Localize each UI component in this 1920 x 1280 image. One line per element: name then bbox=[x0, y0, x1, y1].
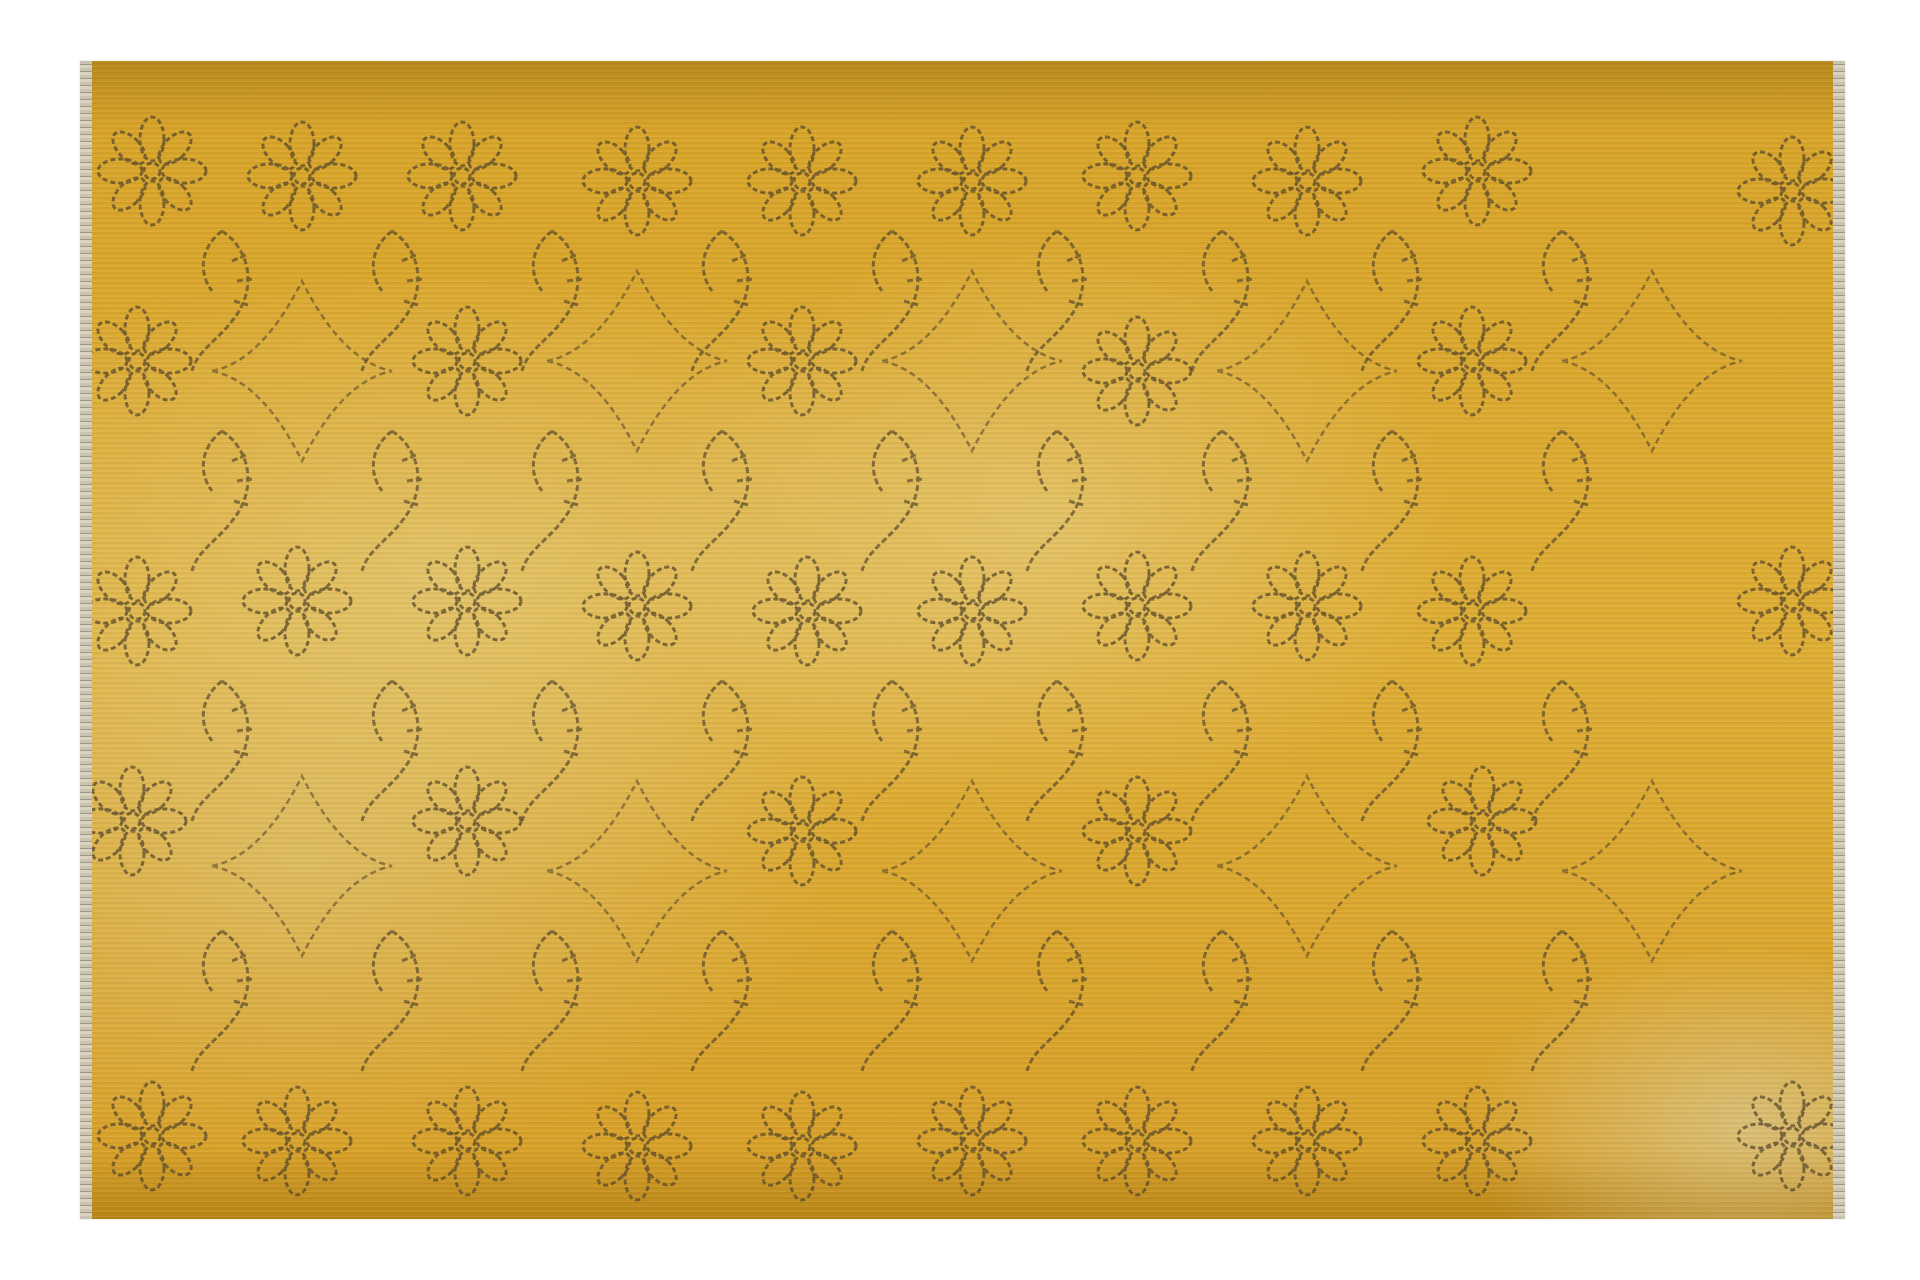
rug-fringe-left bbox=[80, 61, 92, 1219]
rug-pattern bbox=[92, 61, 1833, 1219]
rug-photo: Yellow distressed rug photographed flat … bbox=[80, 61, 1845, 1219]
rug-field bbox=[92, 61, 1833, 1219]
rug-fringe-right bbox=[1833, 61, 1845, 1219]
